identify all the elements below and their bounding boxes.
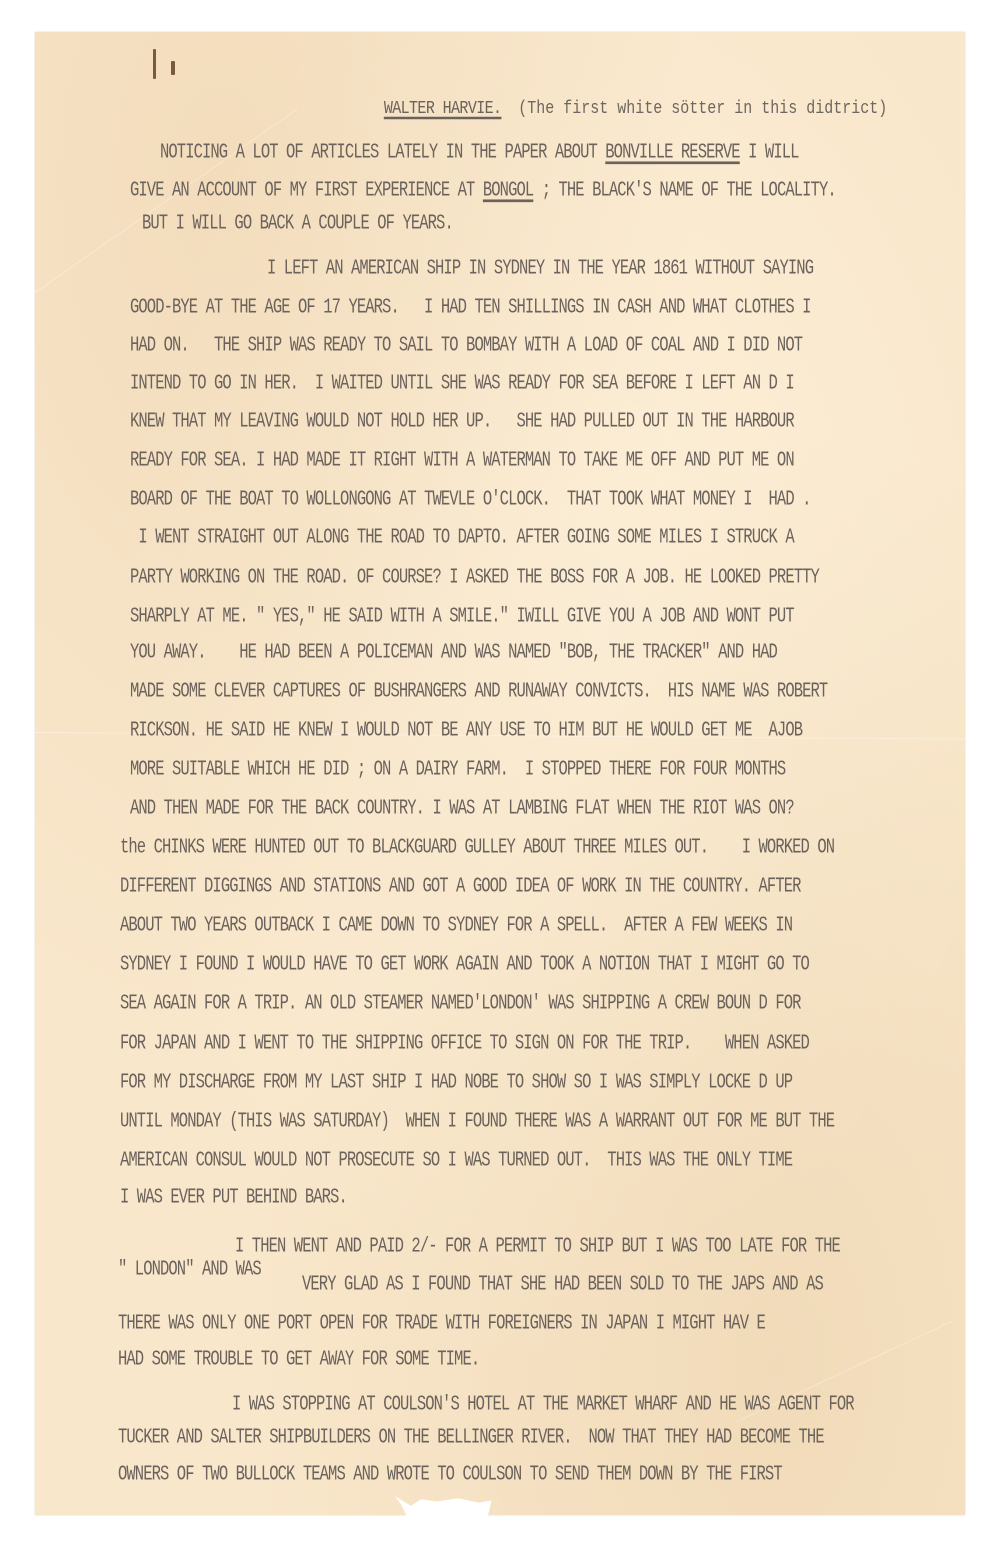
text-line: READY FOR SEA. I HAD MADE IT RIGHT WITH … (130, 448, 794, 472)
text-line: I WENT STRAIGHT OUT ALONG THE ROAD TO DA… (130, 525, 794, 549)
text-line: GIVE AN ACCOUNT OF MY FIRST EXPERIENCE A… (130, 178, 836, 202)
text-line: I LEFT AN AMERICAN SHIP IN SYDNEY IN THE… (267, 256, 813, 280)
text-line: YOU AWAY. HE HAD BEEN A POLICEMAN AND WA… (130, 640, 777, 664)
title-name: WALTER HARVIE. (384, 98, 502, 119)
text-line: DIFFERENT DIGGINGS AND STATIONS AND GOT … (120, 874, 801, 898)
text-line: THERE WAS ONLY ONE PORT OPEN FOR TRADE W… (118, 1311, 765, 1335)
underlined-place-name: BONGOL (483, 178, 533, 202)
text-line: SEA AGAIN FOR A TRIP. AN OLD STEAMER NAM… (120, 991, 801, 1015)
document-title: WALTER HARVIE. (The first white sötter i… (367, 76, 887, 121)
text-line: MADE SOME CLEVER CAPTURES OF BUSHRANGERS… (130, 679, 827, 703)
text-line: UNTIL MONDAY (THIS WAS SATURDAY) WHEN I … (120, 1109, 834, 1133)
text-line: HAD ON. THE SHIP WAS READY TO SAIL TO BO… (130, 333, 802, 357)
text-line: HAD SOME TROUBLE TO GET AWAY FOR SOME TI… (118, 1347, 479, 1371)
text-line: KNEW THAT MY LEAVING WOULD NOT HOLD HER … (130, 409, 794, 433)
text-line: BUT I WILL GO BACK A COUPLE OF YEARS. (142, 211, 453, 235)
text-line: FOR JAPAN AND I WENT TO THE SHIPPING OFF… (120, 1031, 809, 1055)
text-line: TUCKER AND SALTER SHIPBUILDERS ON THE BE… (118, 1425, 824, 1449)
text-line: INTEND TO GO IN HER. I WAITED UNTIL SHE … (130, 371, 794, 395)
text-line: GOOD-BYE AT THE AGE OF 17 YEARS. I HAD T… (130, 295, 811, 319)
text-line: SYDNEY I FOUND I WOULD HAVE TO GET WORK … (120, 952, 809, 976)
text-line: MORE SUITABLE WHICH HE DID ; ON A DAIRY … (130, 757, 785, 781)
text-line: PARTY WORKING ON THE ROAD. OF COURSE? I … (130, 565, 819, 589)
text-line: FOR MY DISCHARGE FROM MY LAST SHIP I HAD… (120, 1070, 792, 1094)
text-line: ABOUT TWO YEARS OUTBACK I CAME DOWN TO S… (120, 913, 792, 937)
margin-mark (153, 49, 156, 79)
margin-mark (171, 61, 175, 75)
text-line: VERY GLAD AS I FOUND THAT SHE HAD BEEN S… (302, 1272, 823, 1296)
text-line: AMERICAN CONSUL WOULD NOT PROSECUTE SO I… (120, 1148, 792, 1172)
text-line: AND THEN MADE FOR THE BACK COUNTRY. I WA… (130, 796, 794, 820)
text-line: " LONDON" AND WAS (118, 1257, 261, 1281)
text-line: I WAS STOPPING AT COULSON'S HOTEL AT THE… (232, 1392, 854, 1416)
text-line: NOTICING A LOT OF ARTICLES LATELY IN THE… (160, 140, 799, 164)
text-line: RICKSON. HE SAID HE KNEW I WOULD NOT BE … (130, 718, 802, 742)
underlined-place-name: BONVILLE RESERVE (605, 140, 739, 164)
text-line: OWNERS OF TWO BULLOCK TEAMS AND WROTE TO… (118, 1462, 782, 1486)
text-line: SHARPLY AT ME. " YES," HE SAID WITH A SM… (130, 604, 794, 628)
text-line: I THEN WENT AND PAID 2/- FOR A PERMIT TO… (235, 1234, 840, 1258)
text-line: the CHINKS WERE HUNTED OUT TO BLACKGUARD… (120, 835, 834, 859)
text-line: BOARD OF THE BOAT TO WOLLONGONG AT TWEVL… (130, 487, 811, 511)
text-line: I WAS EVER PUT BEHIND BARS. (120, 1185, 347, 1209)
title-subtitle: (The first white sötter in this didtrict… (518, 98, 887, 119)
